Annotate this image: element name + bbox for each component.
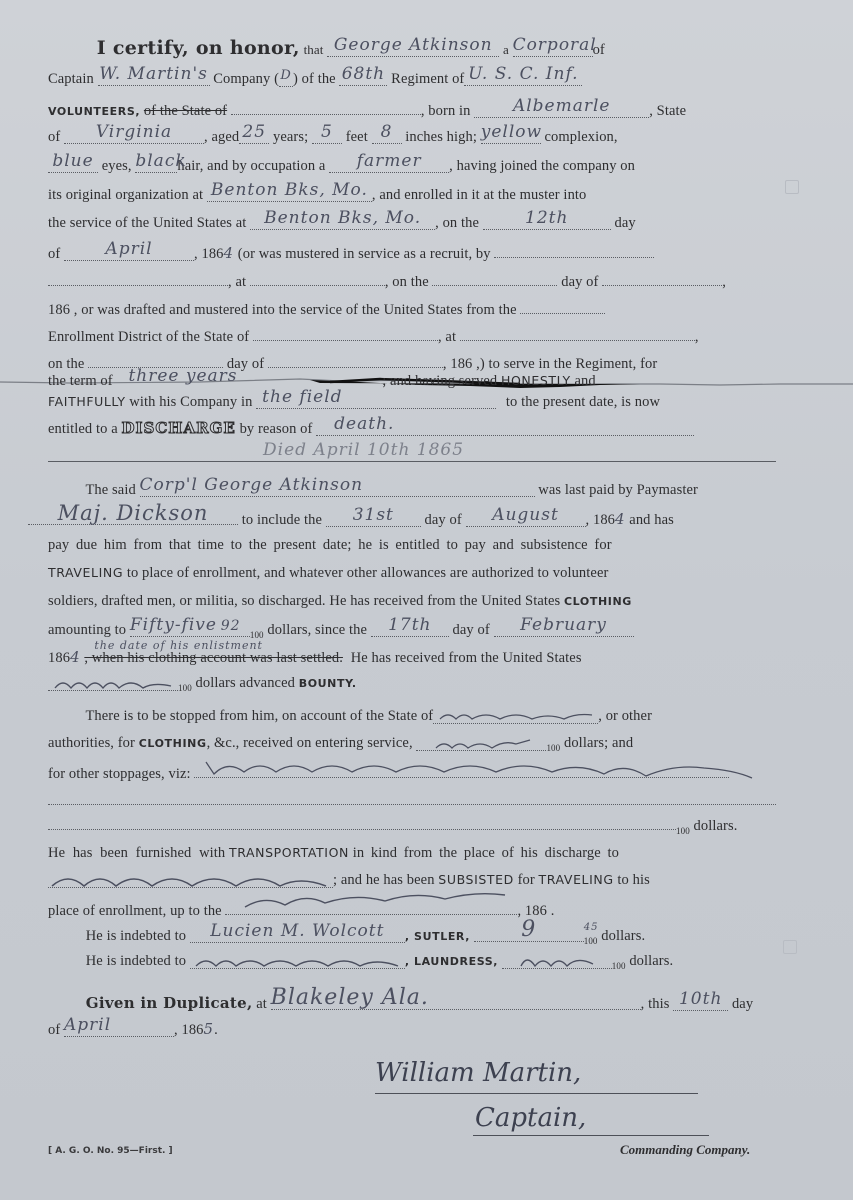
height-feet: 5 (321, 122, 333, 142)
bounty-field (48, 673, 178, 691)
volunteer-state-field (231, 97, 421, 115)
drafted-from-field (520, 296, 605, 314)
stoppages-line-4 (48, 787, 776, 811)
born-in: Albemarle (513, 96, 611, 116)
paid-month-field: August (466, 509, 586, 527)
said-name-field: Corp'l George Atkinson (140, 479, 535, 497)
laundress-amount-field (502, 951, 612, 969)
other-stoppages-squiggle (194, 758, 754, 780)
scan-mark (783, 940, 797, 954)
signature-name-line (375, 1093, 698, 1094)
regiment-of: U. S. C. Inf. (468, 64, 578, 84)
stoppages-line-3: for other stoppages, viz: (48, 760, 776, 784)
service-place-field: the field (256, 391, 496, 409)
muster-month: April (105, 239, 152, 259)
recruit-line: , at , on the day of , (48, 268, 776, 292)
birth-state: Virginia (96, 122, 172, 142)
recruit-by-field (494, 240, 654, 258)
transport-destination-squiggle (48, 872, 333, 890)
term-field: three years (116, 370, 346, 387)
draft-month-field (268, 350, 443, 368)
born-in-field: Albemarle (474, 100, 649, 118)
pay-line-2: Maj. Dickson to include the 31st day of … (28, 507, 776, 530)
bounty-none-squiggle (53, 676, 173, 692)
laundress-debt-line: He is indebted to , LAUNDRESS, 100 dolla… (48, 951, 776, 972)
clothing-line-2: 1864 the date of his enlistment , when h… (48, 647, 776, 668)
term: three years (116, 366, 237, 386)
service-place: the field (256, 387, 342, 407)
muster-day-field: 12th (483, 212, 611, 230)
clothing-year-digit: 4 (70, 648, 81, 666)
recruit-officer-field (48, 268, 228, 286)
laundress-name-squiggle (192, 954, 402, 970)
given-in-duplicate: Given in Duplicate, (86, 994, 253, 1012)
other-stoppages-field (194, 760, 729, 778)
captain-name: W. Martin's (99, 64, 208, 84)
death-note: Died April 10th 1865 (48, 440, 464, 460)
hair-field: black (135, 155, 177, 173)
clothing-amount-field: Fifty-five 92 (130, 619, 250, 637)
term-line: the term of three years ; and having ser… (48, 370, 776, 391)
complexion-field: yellow (481, 126, 541, 144)
said-name: Corp'l George Atkinson (140, 475, 364, 495)
discharge-reason: death. (316, 414, 394, 434)
enrollment-place-field (460, 323, 695, 341)
sutler-amount-field: 9 (474, 924, 584, 942)
discharge-certificate-page: I certify, on honor, that George Atkinso… (0, 0, 853, 1200)
pay-line-4: TRAVELING to place of enrollment, and wh… (48, 563, 776, 583)
given-day: 10th (679, 989, 722, 1009)
transport-line-3: place of enrollment, up to the , 186 . (48, 897, 776, 921)
clothing-month: February (520, 615, 607, 635)
certify-heading: I certify, on honor, (97, 37, 300, 59)
enrollment-district-line: Enrollment District of the State of , at… (48, 323, 776, 347)
captain-name-field: W. Martin's (98, 68, 210, 86)
stoppages-line-5: 100 dollars. (48, 812, 776, 837)
stoppages-total-field (48, 812, 676, 830)
eyes: blue (52, 151, 93, 171)
service-stoppage-squiggle (426, 736, 536, 752)
discharge-heading: DISCHARGE (122, 419, 236, 437)
age-field: 25 (239, 126, 269, 144)
soldier-name: George Atkinson (334, 35, 493, 55)
organization-line: its original organization at Benton Bks,… (48, 184, 776, 205)
occupation: farmer (357, 151, 422, 171)
bounty-line: 100 dollars advanced BOUNTY. (48, 673, 776, 694)
birth-state-field: Virginia (64, 126, 204, 144)
regiment-number: 68th (342, 64, 385, 84)
recruit-day-field (432, 268, 557, 286)
discharge-line: entitled to a DISCHARGE by reason of dea… (48, 418, 776, 439)
clothing-day-field: 17th (371, 619, 449, 637)
sutler-name-field: Lucien M. Wolcott (190, 925, 405, 943)
clothing-cents: 92 (221, 618, 241, 634)
muster-place: Benton Bks, Mo. (264, 208, 421, 228)
eyes-hair-line: blue eyes, blackhair, and by occupation … (48, 155, 776, 176)
transport-line-2: ; and he has been SUBSISTED for TRAVELIN… (48, 870, 776, 890)
captain-line: Captain W. Martin's Company (D) of the 6… (48, 68, 776, 89)
stoppages-line-2: authorities, for CLOTHING, &c., received… (48, 733, 776, 754)
certify-line: I certify, on honor, that George Atkinso… (48, 38, 776, 60)
form-number: [ A. G. O. No. 95—First. ] (48, 1146, 173, 1156)
paid-month: August (492, 505, 559, 525)
recruit-place-field (250, 268, 385, 286)
muster-place-field: Benton Bks, Mo. (250, 212, 435, 230)
recruit-month-field (602, 268, 722, 286)
sutler-debt-line: He is indebted to Lucien M. Wolcott, SUT… (48, 924, 776, 947)
height-inches-field: 8 (372, 126, 402, 144)
death-note-line: Died April 10th 1865 (48, 444, 776, 465)
commanding-company-label: Commanding Company. (620, 1142, 750, 1158)
volunteers-line: VOLUNTEERS, of the State of , born in Al… (48, 97, 776, 122)
pay-line-1: The said Corp'l George Atkinson was last… (48, 479, 776, 500)
eyes-field: blue (48, 155, 98, 173)
signature-title: Captain, (475, 1103, 586, 1133)
company-letter-field: D (279, 69, 293, 87)
given-place-field: Blakeley Ala. (271, 992, 641, 1010)
muster-month-field: April (64, 243, 194, 261)
transport-line-1: He has been furnished with TRANSPORTATIO… (48, 843, 776, 863)
muster-year-digit: 4 (224, 244, 235, 262)
pay-line-3: pay due him from that time to the presen… (48, 535, 776, 555)
muster-line: the service of the United States at Bent… (48, 212, 776, 233)
complexion: yellow (481, 122, 542, 142)
hair: black (135, 151, 186, 171)
signature-title-line (473, 1135, 709, 1136)
interlined-note: the date of his enlistment (94, 636, 263, 656)
clothing-day: 17th (388, 615, 431, 635)
paid-day: 31st (353, 505, 394, 525)
rank-field: Corporal (513, 39, 593, 57)
given-day-field: 10th (673, 993, 728, 1011)
description-line: of Virginia, aged25 years; 5 feet 8 inch… (48, 126, 776, 147)
enrollment-state-field (253, 323, 438, 341)
occupation-field: farmer (329, 155, 449, 173)
sutler-dollars: 9 (521, 917, 536, 942)
sutler-cents-fraction: 45100 (584, 936, 598, 946)
other-stoppages-field-2 (48, 787, 776, 805)
muster-day: 12th (525, 208, 568, 228)
death-note-field: Died April 10th 1865 (48, 444, 776, 462)
paymaster: Maj. Dickson (58, 501, 209, 525)
given-month-line: of April, 1865. (48, 1019, 776, 1040)
regiment-of-field: U. S. C. Inf. (464, 68, 582, 86)
given-year-digit: 5 (204, 1020, 215, 1038)
given-month: April (64, 1015, 111, 1035)
rank: Corporal (513, 35, 597, 55)
paymaster-field: Maj. Dickson (28, 507, 238, 525)
stoppage-state-squiggle (436, 709, 596, 725)
clothing-amount-words: Fifty-five (130, 615, 217, 635)
organization-place-field: Benton Bks, Mo. (207, 184, 372, 202)
organization-place: Benton Bks, Mo. (211, 180, 368, 200)
scan-mark (785, 180, 799, 194)
regiment-number-field: 68th (339, 68, 387, 86)
age: 25 (242, 122, 266, 142)
pay-line-5: soldiers, drafted men, or militia, so di… (48, 591, 776, 612)
height-inches: 8 (381, 122, 393, 142)
service-stoppage-field (416, 733, 546, 751)
given-month-field: April (64, 1019, 174, 1037)
sutler-name: Lucien M. Wolcott (210, 921, 384, 941)
laundress-name-field (190, 951, 405, 969)
stoppages-line-1: There is to be stopped from him, on acco… (48, 706, 776, 726)
drafted-line: 186 , or was drafted and mustered into t… (48, 296, 776, 320)
height-feet-field: 5 (312, 126, 342, 144)
soldier-name-field: George Atkinson (327, 39, 499, 57)
subsisted-upto-squiggle (225, 891, 517, 911)
muster-month-line: of April, 1864 (or was mustered in servi… (48, 240, 776, 264)
clothing-month-field: February (494, 619, 634, 637)
subsisted-upto-field (225, 897, 517, 915)
given-place: Blakeley Ala. (271, 985, 429, 1010)
paid-day-field: 31st (326, 509, 421, 527)
transport-destination-field (48, 870, 333, 888)
paid-year-digit: 4 (615, 510, 626, 528)
given-line: Given in Duplicate, at Blakeley Ala., th… (48, 992, 776, 1014)
company-letter: D (280, 68, 291, 83)
signature-name: William Martin, (375, 1058, 581, 1088)
discharge-reason-field: death. (316, 418, 694, 436)
faithfully-line: FAITHFULLY with his Company in the field… (48, 391, 776, 412)
stoppage-state-field (433, 706, 598, 724)
laundress-amount-squiggle (517, 954, 597, 970)
